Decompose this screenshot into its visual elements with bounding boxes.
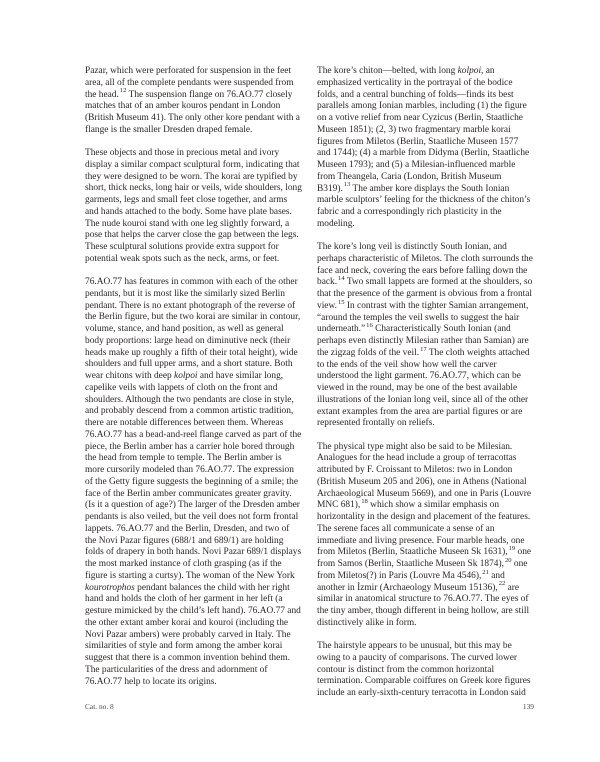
footnote-ref[interactable]: 16 [366,322,373,329]
text-run: These objects and those in precious meta… [85,148,302,264]
paragraph: The hairstyle appears to be unusual, but… [317,641,534,700]
italic-term: kourotrophos [85,583,135,593]
text-run: The cloth weights attached to the ends o… [317,348,530,429]
document-page: Pazar, which were perforated for suspens… [0,0,600,762]
catalog-number: Cat. no. 8 [85,702,114,711]
footnote-ref[interactable]: 15 [338,299,345,306]
text-run: pendant balances the child with her righ… [85,583,301,687]
page-footer: Cat. no. 8 139 [85,702,534,711]
footnote-ref[interactable]: 14 [338,275,345,282]
text-run: The hairstyle appears to be unusual, but… [317,641,531,698]
page-number: 139 [523,702,534,711]
italic-term: kolpoi [174,371,197,381]
paragraph: The kore’s long veil is distinctly South… [317,242,534,430]
paragraph: The kore’s chiton—belted, with long kolp… [317,66,534,231]
text-run: , an emphasized verticality in the portr… [317,66,529,194]
paragraph: The physical type might also be said to … [317,442,534,630]
column-right: The kore’s chiton—belted, with long kolp… [317,66,534,711]
paragraph: 76.AO.77 has features in common with eac… [85,277,302,688]
footnote-ref[interactable]: 17 [420,346,427,353]
text-run: The kore’s chiton—belted, with long [317,66,458,76]
text-run: 76.AO.77 has features in common with eac… [85,277,300,381]
italic-term: kolpoi [458,66,481,76]
paragraph: Pazar, which were perforated for suspens… [85,66,302,137]
two-column-text: Pazar, which were perforated for suspens… [85,66,534,711]
footnote-ref[interactable]: 20 [505,557,512,564]
footnote-ref[interactable]: 21 [482,569,489,576]
paragraph: These objects and those in precious meta… [85,148,302,266]
column-left: Pazar, which were perforated for suspens… [85,66,302,711]
text-run: and have similar long, capelike veils wi… [85,371,301,581]
text-run: The amber kore displays the South Ionian… [317,184,530,229]
footnote-ref[interactable]: 18 [361,498,368,505]
